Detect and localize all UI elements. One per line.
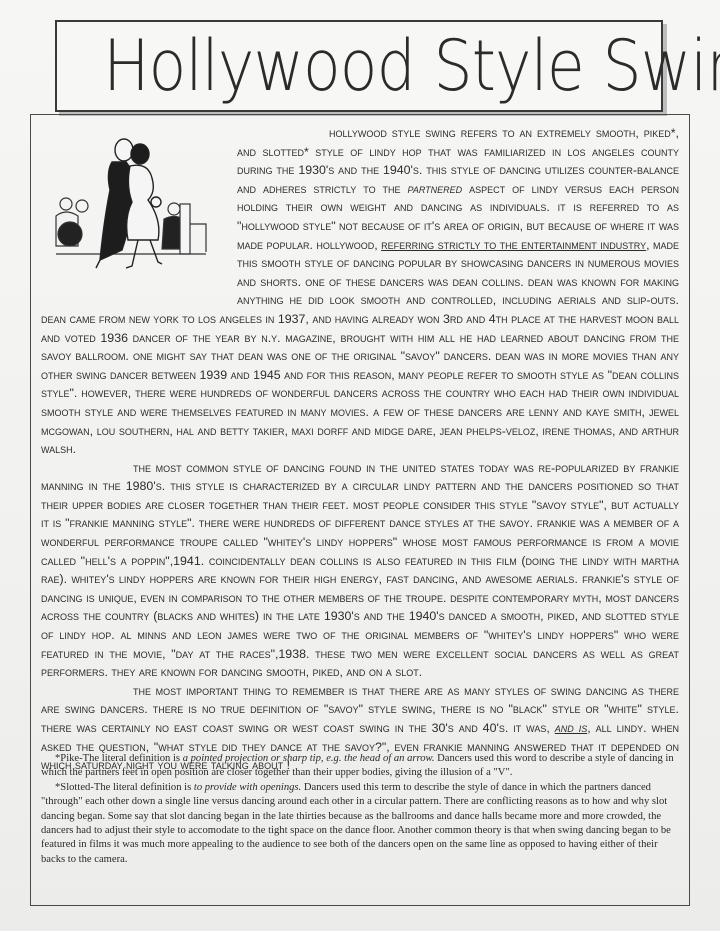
footnotes: *Pike-The literal definition is a pointe… (41, 752, 679, 867)
footnote-pike: *Pike-The literal definition is a pointe… (41, 752, 679, 781)
emphasis-partnered: partnered (408, 182, 463, 196)
title-banner: Hollywood Style Swing (55, 20, 663, 112)
page-title: Hollywood Style Swing (103, 22, 720, 110)
underlined-phrase: referring strictly to the entertainment … (381, 238, 646, 252)
footnote-slotted: *Slotted-The literal definition is to pr… (41, 781, 679, 867)
illustration-spacer (41, 124, 237, 292)
definition-slotted: to provide with openings. (194, 782, 301, 793)
emphasis-and-is: and is (555, 721, 587, 735)
paragraph-frankie-manning: The most common style of dancing found i… (41, 459, 679, 682)
definition-pike: a pointed projection or sharp tip, e.g. … (183, 753, 435, 764)
article-body: Hollywood style swing refers to an extre… (41, 124, 679, 775)
